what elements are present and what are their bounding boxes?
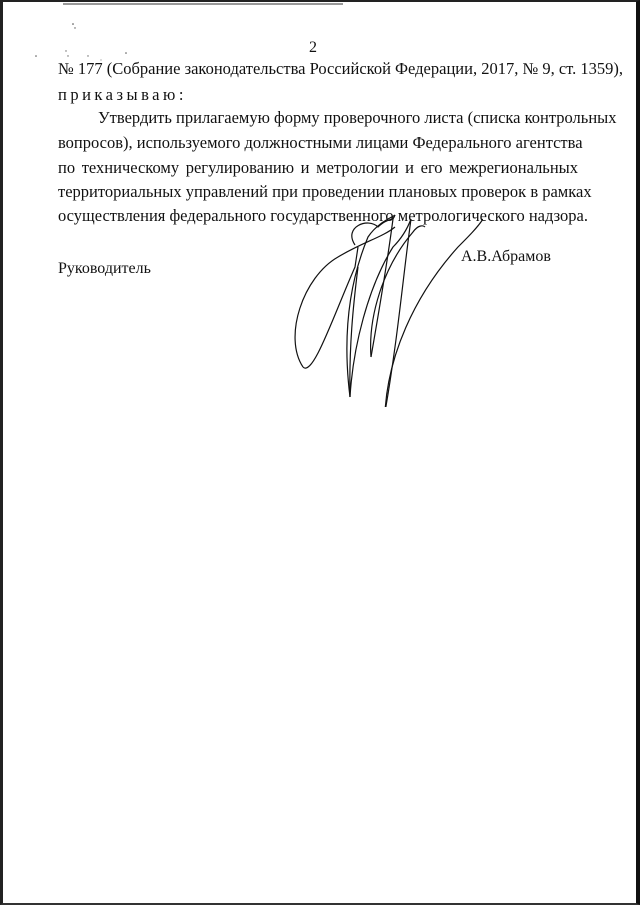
body-line: № 177 (Собрание законодательства Российс… <box>58 59 623 79</box>
body-line: вопросов), используемого должностными ли… <box>58 133 578 153</box>
signatory-name: А.В.Абрамов <box>461 248 551 266</box>
body-line: по техническому регулированию и метролог… <box>58 158 578 178</box>
page-number: 2 <box>3 39 623 57</box>
handwritten-signature <box>283 197 483 407</box>
body-line: Утвердить прилагаемую форму проверочного… <box>98 108 578 128</box>
order-verb: приказываю: <box>58 85 187 105</box>
document-page: 2 № 177 (Собрание законодательства Росси… <box>0 0 640 905</box>
scan-artifact <box>63 3 343 5</box>
signatory-role: Руководитель <box>58 260 151 278</box>
